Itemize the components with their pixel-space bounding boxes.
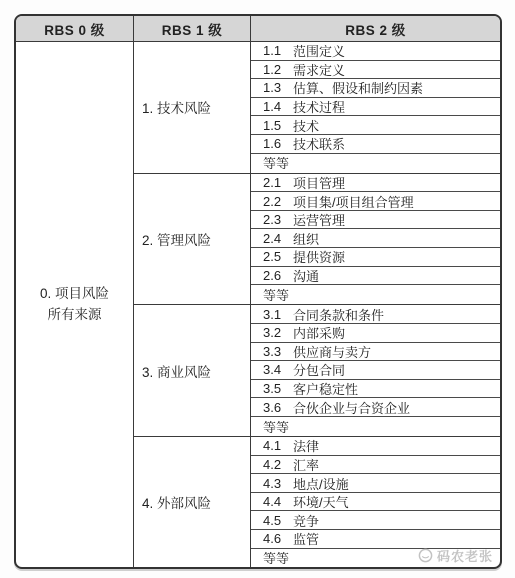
item-number: 4.1 [263,438,293,453]
table-row: 3.3 供应商与卖方 [251,343,500,362]
section-label-management: 2. 管理风险 [134,174,250,306]
item-label: 环境/天气 [293,492,349,511]
item-number: 3.2 [263,325,293,340]
item-number: 4.3 [263,476,293,491]
item-number: 3.6 [263,400,293,415]
item-number: 2.5 [263,249,293,264]
item-label: 供应商与卖方 [293,342,371,361]
item-label: 需求定义 [293,60,345,79]
item-number: 1.2 [263,62,293,77]
level0-line1: 0. 项目风险 [40,284,109,305]
item-label: 竞争 [293,511,319,530]
section-group-external: 4.1 法律 4.2 汇率 4.3 地点/设施 4.4 环境/天气 4.5 [251,437,500,567]
item-number: 2.2 [263,194,293,209]
header-cell-rbs2: RBS 2 级 [251,16,500,41]
table-row: 1.5 技术 [251,116,500,135]
table-body: 0. 项目风险 所有来源 1. 技术风险 2. 管理风险 3. 商业风险 4. … [16,42,500,567]
table-row-etc: 等等 [251,285,500,304]
table-row: 4.1 法律 [251,437,500,456]
item-label: 监管 [293,529,319,548]
table-row: 2.1 项目管理 [251,174,500,193]
item-number: 1.5 [263,118,293,133]
level0-line2: 所有来源 [40,305,109,326]
item-label: 项目集/项目组合管理 [293,192,414,211]
item-label: 技术过程 [293,97,345,116]
table-row: 2.4 组织 [251,229,500,248]
etc-label: 等等 [263,548,289,567]
item-number: 4.2 [263,457,293,472]
table-row: 3.1 合同条款和条件 [251,305,500,324]
table-header-row: RBS 0 级 RBS 1 级 RBS 2 级 [16,16,500,42]
section-group-technical: 1.1 范围定义 1.2 需求定义 1.3 估算、假设和制约因素 1.4 技术过… [251,42,500,174]
table-row: 3.4 分包合同 [251,361,500,380]
table-row: 1.4 技术过程 [251,98,500,117]
level0-label: 0. 项目风险 所有来源 [40,284,109,326]
header-cell-rbs0: RBS 0 级 [16,16,134,41]
table-row: 4.2 汇率 [251,456,500,475]
table-row: 4.4 环境/天气 [251,493,500,512]
item-label: 客户稳定性 [293,379,358,398]
item-number: 3.4 [263,362,293,377]
item-label: 汇率 [293,455,319,474]
item-label: 合同条款和条件 [293,305,384,324]
etc-label: 等等 [263,417,289,436]
item-label: 分包合同 [293,360,345,379]
item-label: 组织 [293,229,319,248]
item-number: 1.3 [263,80,293,95]
table-row: 1.3 估算、假设和制约因素 [251,79,500,98]
item-label: 法律 [293,436,319,455]
table-row-etc: 等等 [251,154,500,173]
item-number: 3.1 [263,307,293,322]
item-label: 内部采购 [293,323,345,342]
etc-label: 等等 [263,153,289,172]
table-row: 4.3 地点/设施 [251,474,500,493]
item-number: 4.6 [263,531,293,546]
table-row: 3.6 合伙企业与合资企业 [251,398,500,417]
item-number: 4.5 [263,513,293,528]
table-row: 1.2 需求定义 [251,61,500,80]
item-label: 技术联系 [293,134,345,153]
item-label: 范围定义 [293,41,345,60]
level0-cell: 0. 项目风险 所有来源 [16,42,134,567]
item-number: 3.5 [263,381,293,396]
level2-column: 1.1 范围定义 1.2 需求定义 1.3 估算、假设和制约因素 1.4 技术过… [251,42,500,567]
item-label: 地点/设施 [293,474,349,493]
table-row: 3.2 内部采购 [251,324,500,343]
item-number: 3.3 [263,344,293,359]
table-row-etc: 等等 [251,417,500,436]
table-row: 4.5 竞争 [251,511,500,530]
header-cell-rbs1: RBS 1 级 [134,16,251,41]
table-row-etc: 等等 [251,549,500,568]
item-number: 1.4 [263,99,293,114]
item-number: 1.1 [263,43,293,58]
table-row: 1.1 范围定义 [251,42,500,61]
section-group-commercial: 3.1 合同条款和条件 3.2 内部采购 3.3 供应商与卖方 3.4 分包合同… [251,305,500,437]
table-row: 2.6 沟通 [251,267,500,286]
table-row: 2.5 提供资源 [251,248,500,267]
table-row: 2.3 运营管理 [251,211,500,230]
item-number: 2.6 [263,268,293,283]
item-label: 合伙企业与合资企业 [293,398,410,417]
section-label-commercial: 3. 商业风险 [134,305,250,437]
section-label-external: 4. 外部风险 [134,437,250,567]
item-number: 1.6 [263,136,293,151]
section-group-management: 2.1 项目管理 2.2 项目集/项目组合管理 2.3 运营管理 2.4 组织 … [251,174,500,306]
item-label: 估算、假设和制约因素 [293,78,423,97]
item-label: 提供资源 [293,247,345,266]
item-number: 4.4 [263,494,293,509]
item-label: 沟通 [293,266,319,285]
item-label: 运营管理 [293,210,345,229]
section-label-technical: 1. 技术风险 [134,42,250,174]
table-row: 2.2 项目集/项目组合管理 [251,192,500,211]
level1-column: 1. 技术风险 2. 管理风险 3. 商业风险 4. 外部风险 [134,42,251,567]
table-row: 3.5 客户稳定性 [251,380,500,399]
rbs-table: RBS 0 级 RBS 1 级 RBS 2 级 0. 项目风险 所有来源 1. … [14,14,502,569]
item-number: 2.3 [263,212,293,227]
etc-label: 等等 [263,285,289,304]
table-row: 1.6 技术联系 [251,135,500,154]
table-row: 4.6 监管 [251,530,500,549]
item-label: 项目管理 [293,173,345,192]
item-label: 技术 [293,116,319,135]
item-number: 2.4 [263,231,293,246]
item-number: 2.1 [263,175,293,190]
